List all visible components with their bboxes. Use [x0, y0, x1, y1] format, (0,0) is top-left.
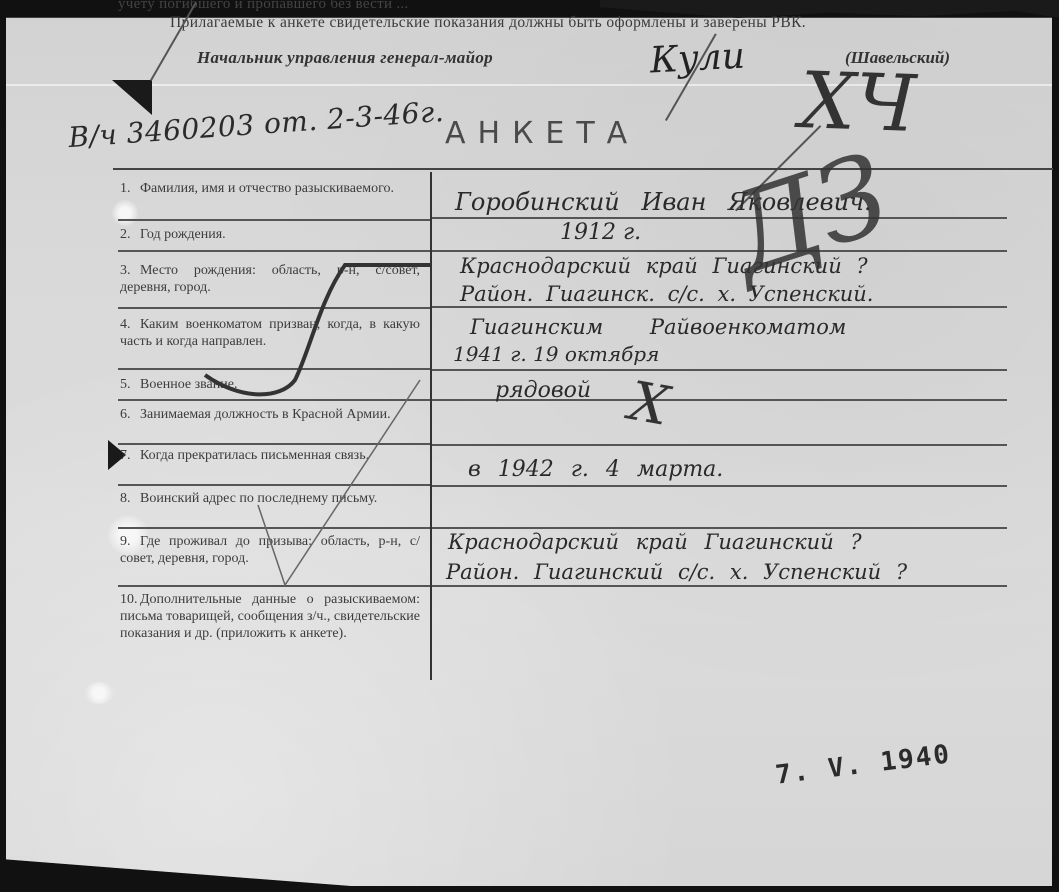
pen-stroke-tick [258, 380, 420, 585]
pen-stroke-check [205, 265, 430, 394]
